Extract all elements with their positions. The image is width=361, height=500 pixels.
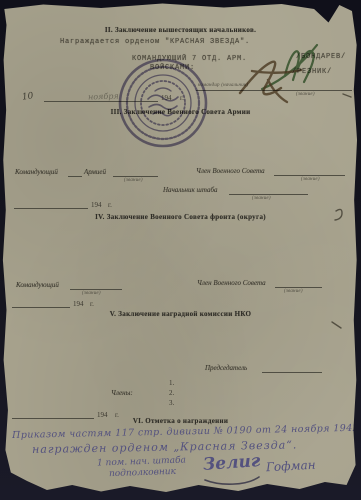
paper-sheet: II. Заключение вышестоящих начальников. … [0,0,361,500]
signature-flourish [205,477,259,484]
pencil-tick-marks [332,94,351,328]
scanned-document-photo: II. Заключение вышестоящих начальников. … [0,0,361,500]
brown-pencil-signature [240,62,301,102]
handwriting-overlay [0,0,361,500]
